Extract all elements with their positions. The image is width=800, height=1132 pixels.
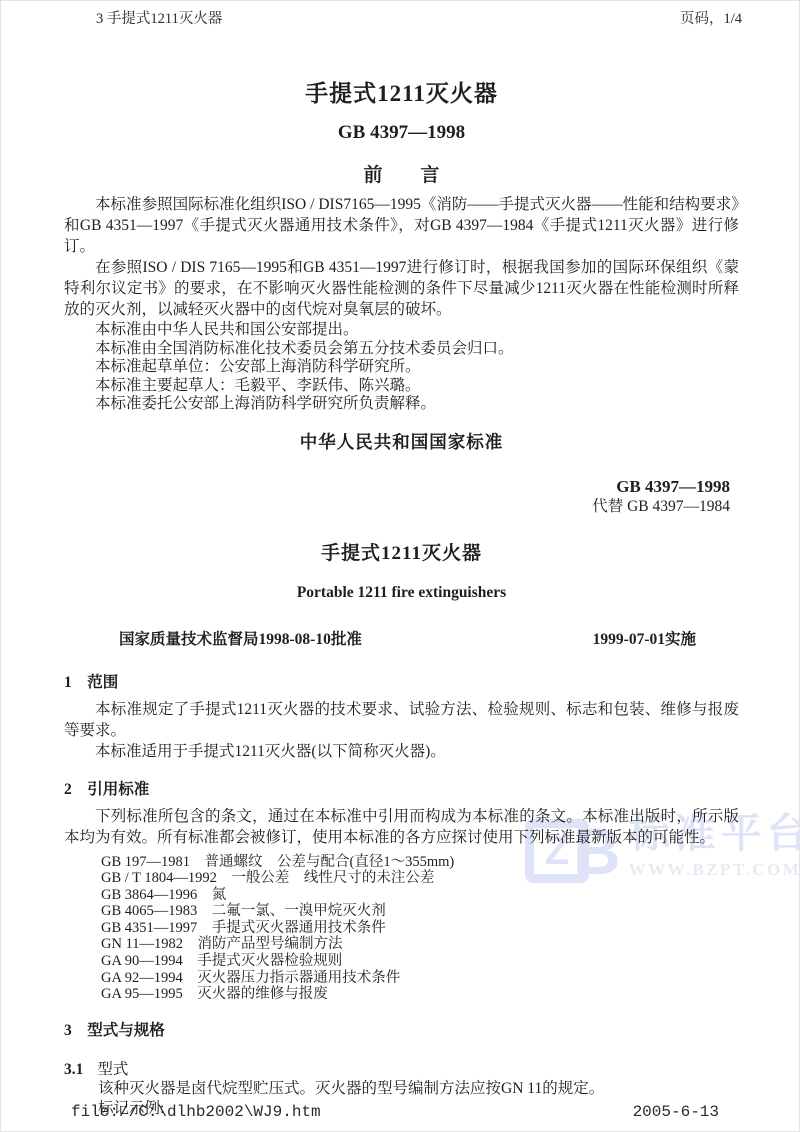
reference-item: GN 11—1982 消防产品型号编制方法 xyxy=(101,936,739,953)
statement-line: 本标准由全国消防标准化技术委员会第五分技术委员会归口。 xyxy=(64,340,739,359)
reference-item: GB 3864—1996 氮 xyxy=(101,887,739,904)
approval-row: 国家质量技术监督局1998-08-10批准 1999-07-01实施 xyxy=(64,627,739,649)
standard-title-chinese: 手提式1211灭火器 xyxy=(64,538,739,565)
approval-authority: 国家质量技术监督局1998-08-10批准 xyxy=(119,627,362,649)
foreword-heading: 前 言 xyxy=(64,160,739,187)
foreword-statements: 本标准由中华人民共和国公安部提出。 本标准由全国消防标准化技术委员会第五分技术委… xyxy=(64,321,739,414)
reference-item: GA 90—1994 手提式灭火器检验规则 xyxy=(101,953,739,970)
marking-example-label: 标记示例: xyxy=(64,1099,739,1119)
scope-paragraph: 本标准适用于手提式1211灭火器(以下简称灭火器)。 xyxy=(64,741,739,762)
section-1-body: 本标准规定了手提式1211灭火器的技术要求、试验方法、检验规则、标志和包装、维修… xyxy=(64,699,739,762)
scope-paragraph: 本标准规定了手提式1211灭火器的技术要求、试验方法、检验规则、标志和包装、维修… xyxy=(64,699,739,741)
document-content: 手提式1211灭火器 GB 4397—1998 前 言 本标准参照国际标准化组织… xyxy=(1,1,799,1119)
section-2-body: 下列标准所包含的条文，通过在本标准中引用而构成为本标准的条文。本标准出版时，所示… xyxy=(64,806,739,848)
standard-title-english: Portable 1211 fire extinguishers xyxy=(64,584,739,602)
implementation-date: 1999-07-01实施 xyxy=(593,627,696,649)
reference-item: GB 197—1981 普通螺纹 公差与配合(直径1～355mm) xyxy=(101,854,739,871)
statement-line: 本标准委托公安部上海消防科学研究所负责解释。 xyxy=(64,395,739,414)
document-title: 手提式1211灭火器 xyxy=(64,75,739,108)
foreword-paragraph: 在参照ISO / DIS 7165—1995和GB 4351—1997进行修订时… xyxy=(64,257,739,320)
reference-list: GB 197—1981 普通螺纹 公差与配合(直径1～355mm) GB / T… xyxy=(64,854,739,1003)
statement-line: 本标准由中华人民共和国公安部提出。 xyxy=(64,321,739,340)
foreword-paragraph: 本标准参照国际标准化组织ISO / DIS7165—1995《消防——手提式灭火… xyxy=(64,194,739,257)
reference-item: GB 4351—1997 手提式灭火器通用技术条件 xyxy=(101,920,739,937)
types-paragraph: 该种灭火器是卤代烷型贮压式。灭火器的型号编制方法应按GN 11的规定。 xyxy=(64,1079,739,1099)
standard-code: GB 4397—1998 xyxy=(64,477,730,497)
reference-item: GB 4065—1983 二氟一氯、一溴甲烷灭火剂 xyxy=(101,903,739,920)
section-3-heading: 3 型式与规格 xyxy=(64,1018,739,1040)
national-standard-title: 中华人民共和国国家标准 xyxy=(64,429,739,454)
standard-number: GB 4397—1998 xyxy=(64,122,739,144)
page-border: 3 手提式1211灭火器 页码，1/4 Z B 标准平台 WWW.BZPT.CO… xyxy=(0,0,800,1132)
reference-item: GB / T 1804—1992 一般公差 线性尺寸的未注公差 xyxy=(101,870,739,887)
replaced-standard: 代替 GB 4397—1984 xyxy=(64,497,730,517)
references-paragraph: 下列标准所包含的条文，通过在本标准中引用而构成为本标准的条文。本标准出版时，所示… xyxy=(64,806,739,848)
reference-item: GA 95—1995 灭火器的维修与报废 xyxy=(101,986,739,1003)
reference-item: GA 92—1994 灭火器压力指示器通用技术条件 xyxy=(101,970,739,987)
document-page: { "watermark_colors": { "primary": "#dfe… xyxy=(0,0,800,1132)
section-2-heading: 2 引用标准 xyxy=(64,777,739,799)
statement-line: 本标准起草单位：公安部上海消防科学研究所。 xyxy=(64,358,739,377)
section-1-heading: 1 范围 xyxy=(64,670,739,692)
subsection-3-1-heading: 3.1型式 xyxy=(64,1057,739,1079)
standard-code-block: GB 4397—1998 代替 GB 4397—1984 xyxy=(64,477,739,517)
statement-line: 本标准主要起草人：毛毅平、李跃伟、陈兴璐。 xyxy=(64,377,739,396)
subsection-title: 型式 xyxy=(97,1061,128,1078)
subsection-number: 3.1 xyxy=(64,1061,83,1078)
foreword-paragraphs: 本标准参照国际标准化组织ISO / DIS7165—1995《消防——手提式灭火… xyxy=(64,194,739,320)
